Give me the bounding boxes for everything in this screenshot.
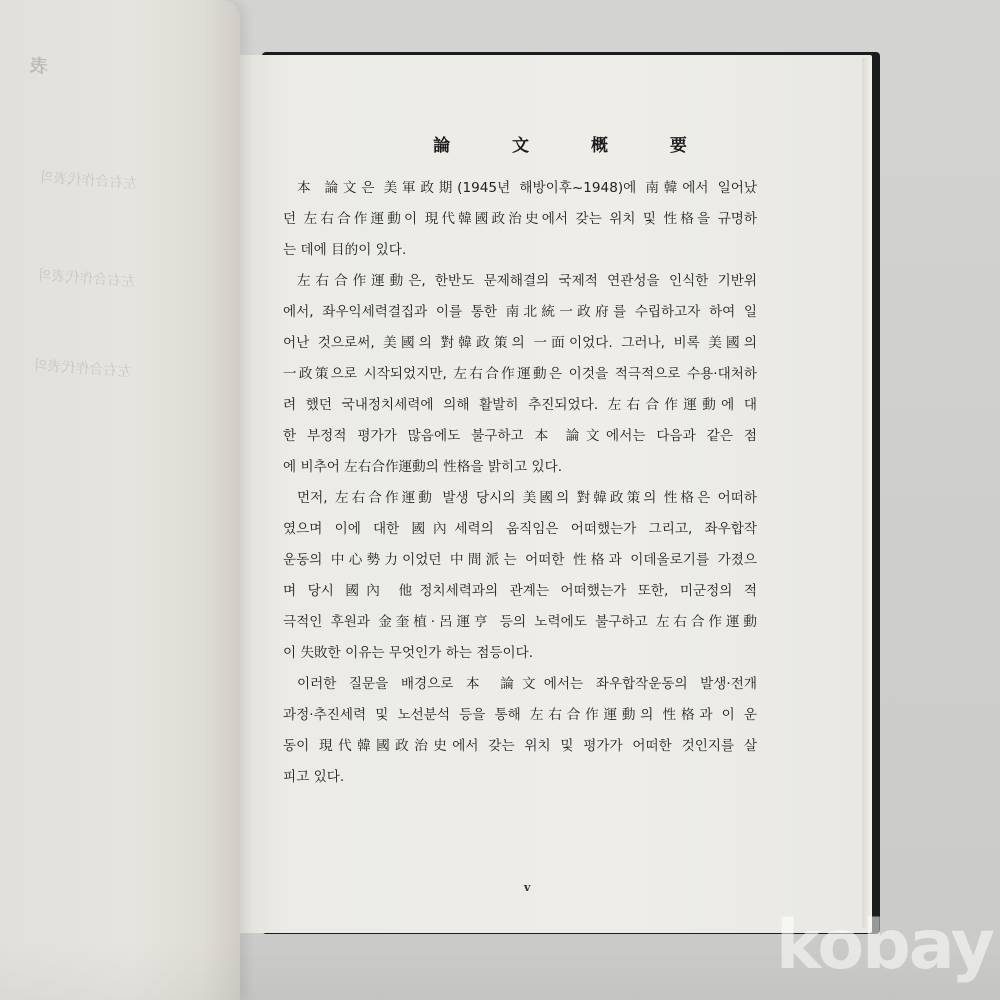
text-line: 려 했던 국내정치세력에 의해 활발히 추진되었다. 左右合作運動에 대 [283,390,757,421]
text-line: 먼저, 左右合作運動 발생 당시의 美國의 對韓政策의 性格은 어떠하 [283,483,757,514]
text-line: 는 데에 目的이 있다. [283,235,757,266]
abstract-body: 本 論文은 美軍政期(1945년 해방이후~1948)에 南韓에서 일어났 던 … [283,173,757,793]
text-line: 피고 있다. [283,762,757,793]
watermark-logo: kobay [776,912,993,980]
page-number: v [524,881,530,894]
left-page-bleed-through: 左右合作代表의 [33,355,132,382]
left-page-bleed-through: 左右合作代表의 [39,167,138,194]
left-page-bleed-through: 表 [29,51,49,78]
text-line: 어난 것으로써, 美國의 對韓政策의 一面이었다. 그러나, 비록 美國의 [283,328,757,359]
text-line: 던 左右合作運動이 現代韓國政治史에서 갖는 위치 및 性格을 규명하 [283,204,757,235]
text-line: 운동의 中心勢力이었던 中間派는 어떠한 性格과 이데올로기를 가졌으 [283,545,757,576]
text-line: 左右合作運動은, 한반도 문제해결의 국제적 연관성을 인식한 기반위 [283,266,757,297]
text-line: 였으며 이에 대한 國內세력의 움직임은 어떠했는가 그리고, 좌우합작 [283,514,757,545]
text-line: 극적인 후원과 金奎植·呂運亨 등의 노력에도 불구하고 左右合作運動 [283,607,757,638]
page-stack-edge [862,58,872,928]
text-line: 이러한 질문을 배경으로 本 論文에서는 좌우합작운동의 발생·전개 [283,669,757,700]
text-line: 一政策으로 시작되었지만, 左右合作運動은 이것을 적극적으로 수용·대처하 [283,359,757,390]
page-title: 論 文 概 要 [280,131,840,156]
text-line: 며 당시 國內 他정치세력과의 관계는 어떠했는가 또한, 미군정의 적 [283,576,757,607]
text-line: 에 비추어 左右合作運動의 性格을 밝히고 있다. [283,452,757,483]
left-page: 表 左右合作代表의 左右合作代表의 左右合作代表의 [0,0,240,1000]
text-line: 本 論文은 美軍政期(1945년 해방이후~1948)에 南韓에서 일어났 [283,173,757,204]
text-line: 한 부정적 평가가 많음에도 불구하고 本 論文에서는 다음과 같은 점 [283,421,757,452]
text-line: 동이 現代韓國政治史에서 갖는 위치 및 평가가 어떠한 것인지를 살 [283,731,757,762]
left-page-bleed-through: 左右合作代表의 [37,265,136,292]
text-line: 에서, 좌우익세력결집과 이를 통한 南北統一政府를 수립하고자 하여 일 [283,297,757,328]
text-line: 과정·추진세력 및 노선분석 등을 통해 左右合作運動의 性格과 이 운 [283,700,757,731]
text-line: 이 失敗한 이유는 무엇인가 하는 점등이다. [283,638,757,669]
